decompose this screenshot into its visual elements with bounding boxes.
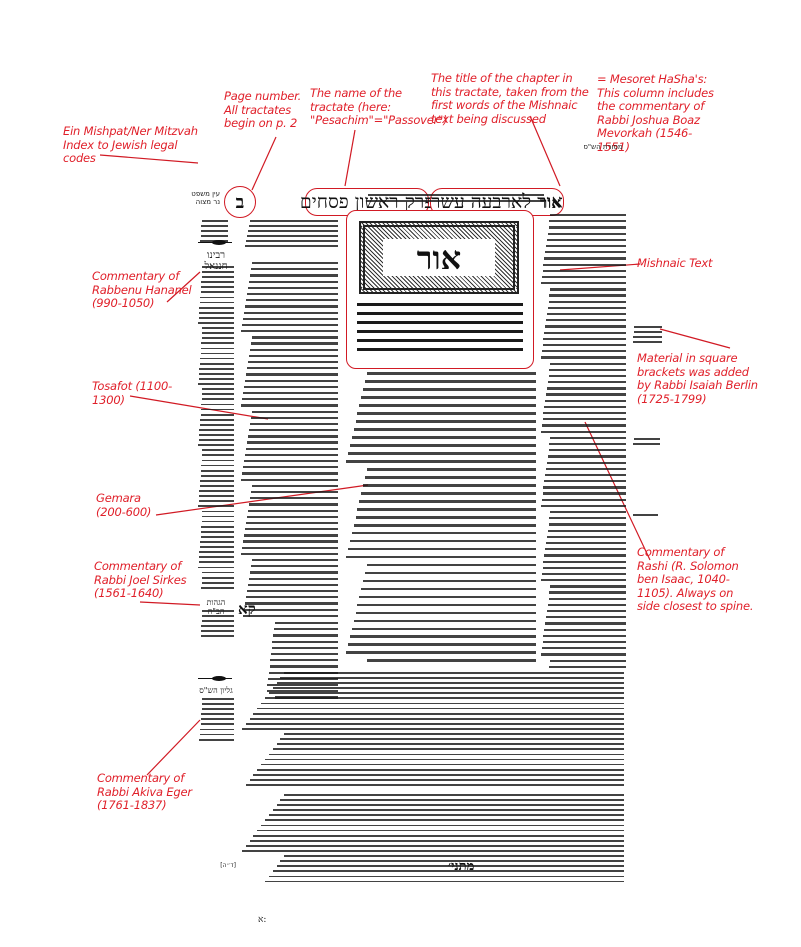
folio-mark: א: [258, 914, 266, 925]
mishna-text [357, 303, 523, 357]
decorative-frame: אור [359, 221, 519, 294]
annotation-page-number: Page number. All tractates begin on p. 2 [224, 90, 301, 131]
mishna-opener: מתני׳ [448, 858, 474, 874]
lower-tosafot-text [238, 794, 624, 888]
page-number: ב [224, 186, 256, 218]
annotation-chapter-title: The title of the chapter in this tractat… [431, 72, 589, 126]
annotation-akiva-eger: Commentary of Rabbi Akiva Eger (1761-183… [97, 772, 192, 813]
gilyon-heading: גליון הש"ס [198, 686, 234, 695]
annotation-rashi: Commentary of Rashi (R. Solomon ben Isaa… [637, 546, 753, 614]
margin-note [630, 514, 658, 520]
tosafot-dibbur: קא [238, 600, 256, 619]
bottom-margin-note: [ד״ה] [200, 862, 236, 869]
annotation-tractate-name: The name of the tractate (here: "Pesachi… [310, 87, 448, 128]
opening-word: אור [383, 239, 495, 276]
tosafot-top-text [238, 220, 338, 260]
annotation-mishnaic-text: Mishnaic Text [637, 257, 712, 271]
rabbeinu-chananel-text [198, 266, 234, 596]
hagahot-text [198, 610, 234, 640]
tosafot-text [240, 262, 338, 622]
gilyon-hashas-text [198, 698, 234, 744]
column-divider [198, 678, 232, 679]
annotation-isaiah-berlin: Material in square brackets was added by… [637, 352, 758, 406]
ein-mishpat-label: עין משפט נר מצוה [188, 190, 220, 206]
mesoret-label: מסורת הש"ס [583, 143, 623, 151]
column-divider [198, 242, 232, 243]
lower-commentary-text [238, 672, 624, 792]
annotation-ein-mishpat: Ein Mishpat/Ner Mitzvah Index to Jewish … [63, 125, 198, 166]
rashi-text [540, 214, 626, 674]
gemara-text [344, 372, 536, 668]
annotation-rabbeinu-hananel: Commentary of Rabbenu Hananel (990-1050) [92, 270, 192, 311]
annotation-mesoret-hashas: = Mesoret HaSha's: This column includes … [597, 73, 714, 154]
mishna-box: אור [346, 210, 534, 369]
annotation-tosafot: Tosafot (1100- 1300) [92, 380, 172, 407]
torah-or-note [630, 438, 660, 448]
rashi-top-text [344, 194, 544, 206]
annotation-joel-sirkes: Commentary of Rabbi Joel Sirkes (1561-16… [94, 560, 186, 601]
annotation-gemara: Gemara (200-600) [96, 492, 151, 519]
mesoret-hashas-note [630, 326, 662, 348]
